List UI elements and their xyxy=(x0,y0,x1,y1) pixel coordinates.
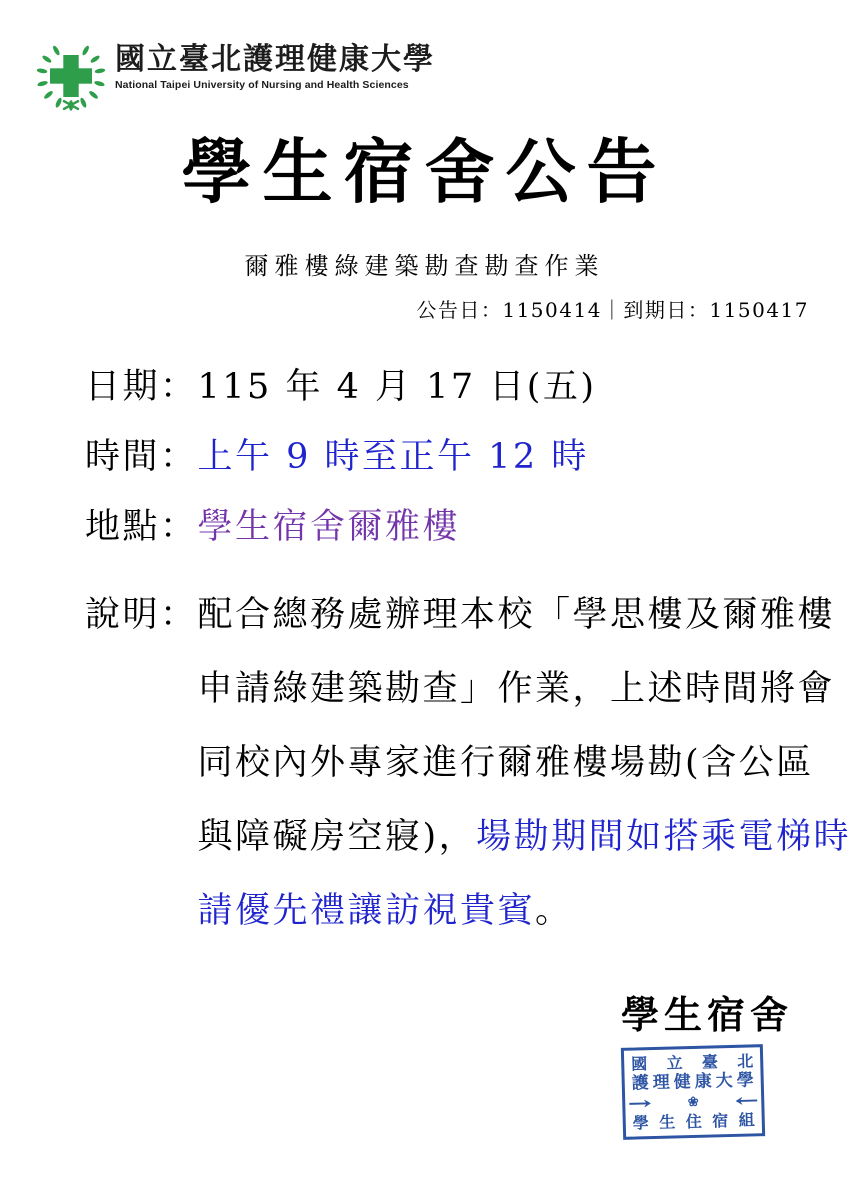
right-arrow-icon: → xyxy=(628,1096,653,1112)
description-line: 同校內外專家進行爾雅樓場勘(含公區 xyxy=(198,726,849,800)
university-logo-icon xyxy=(36,40,106,112)
university-header: 國立臺北護理健康大學 National Taipei University of… xyxy=(36,40,435,112)
page-title: 學生宿舍公告 xyxy=(0,124,849,220)
green-cross-icon xyxy=(50,55,92,97)
left-arrow-icon: ← xyxy=(734,1093,759,1109)
description-line-blue-part: 請優先禮讓訪視貴賓 xyxy=(198,891,536,931)
description-line: 請優先禮讓訪視貴賓。 xyxy=(198,874,849,948)
announcement-body: 日期： 115 年 4 月 17 日(五) 時間： 上午 9 時至正午 12 時… xyxy=(85,352,829,948)
description-line: 配合總務處辦理本校「學思樓及爾雅樓 xyxy=(198,578,849,652)
description-lines: 配合總務處辦理本校「學思樓及爾雅樓 申請綠建築勘查」作業，上述時間將會 同校內外… xyxy=(198,578,849,948)
stamp-row-4: 學生住宿組 xyxy=(633,1111,755,1131)
university-name-en: National Taipei University of Nursing an… xyxy=(115,79,435,91)
university-name-zh: 國立臺北護理健康大學 xyxy=(115,43,435,77)
description-line: 與障礙房空寢)，場勘期間如搭乘電梯時， xyxy=(198,800,849,874)
university-names: 國立臺北護理健康大學 National Taipei University of… xyxy=(115,40,435,91)
signature: 學生宿舍 xyxy=(621,984,793,1039)
description-row: 說明： 配合總務處辦理本校「學思樓及爾雅樓 申請綠建築勘查」作業，上述時間將會 … xyxy=(85,578,829,948)
date-value: 115 年 4 月 17 日(五) xyxy=(198,352,597,422)
description-line-blue-part: 場勘期間如搭乘電梯時， xyxy=(476,817,849,857)
stamp-row-1: 國立臺北 xyxy=(631,1052,753,1072)
location-row: 地點： 學生宿舍爾雅樓 xyxy=(85,492,829,562)
time-value: 上午 9 時至正午 12 時 xyxy=(198,422,589,492)
date-row: 日期： 115 年 4 月 17 日(五) xyxy=(85,352,829,422)
announcement-page: 國立臺北護理健康大學 National Taipei University of… xyxy=(0,0,849,1200)
date-label: 日期： xyxy=(85,352,198,422)
time-row: 時間： 上午 9 時至正午 12 時 xyxy=(85,422,829,492)
stamp-middle-row: → ❀ ← xyxy=(632,1093,754,1111)
description-line-period: 。 xyxy=(535,891,573,931)
announcement-subtitle: 爾雅樓綠建築勘查勘查作業 xyxy=(0,246,849,281)
description-line: 申請綠建築勘查」作業，上述時間將會 xyxy=(198,652,849,726)
description-label: 說明： xyxy=(85,578,198,652)
announcement-dates: 公告日：1150414｜到期日：1150417 xyxy=(416,294,809,323)
flower-emblem-icon: ❀ xyxy=(688,1095,699,1110)
time-label: 時間： xyxy=(85,422,198,492)
location-value: 學生宿舍爾雅樓 xyxy=(198,492,461,562)
location-label: 地點： xyxy=(85,492,198,562)
office-stamp: 國立臺北 護理健康大學 → ❀ ← 學生住宿組 xyxy=(621,1044,765,1140)
description-line-black-part: 與障礙房空寢)， xyxy=(198,817,477,857)
